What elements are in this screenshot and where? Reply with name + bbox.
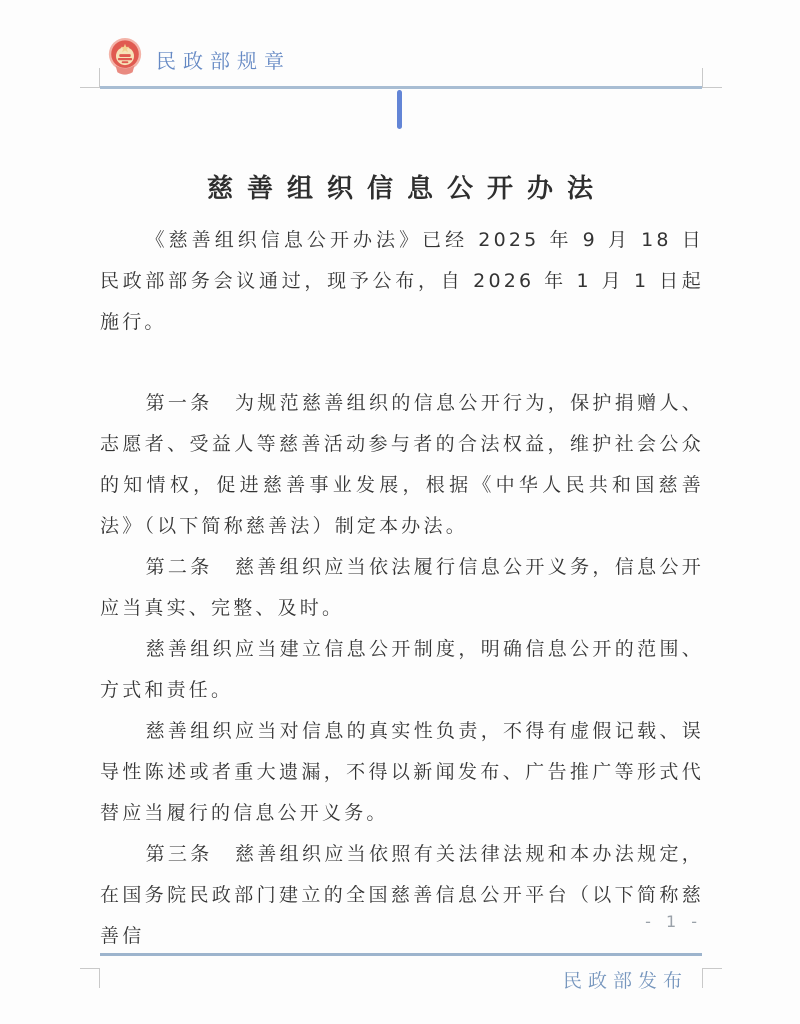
crop-mark-top-left — [80, 68, 100, 88]
document-page: 民政部规章 慈善组织信息公开办法 《慈善组织信息公开办法》已经 2025 年 9… — [0, 0, 800, 1024]
document-title: 慈善组织信息公开办法 — [0, 168, 800, 205]
page-number: - 1 - — [0, 912, 702, 931]
page-header: 民政部规章 — [106, 36, 291, 78]
crop-mark-bottom-right — [702, 968, 722, 988]
document-body: 《慈善组织信息公开办法》已经 2025 年 9 月 18 日民政部部务会议通过，… — [100, 220, 704, 957]
national-emblem-icon — [106, 36, 144, 78]
publisher-label: 民政部发布 — [0, 966, 688, 993]
caret-bar — [397, 90, 402, 129]
footer-rule — [100, 953, 702, 956]
paragraph: 第三条 慈善组织应当依照有关法律法规和本办法规定，在国务院民政部门建立的全国慈善… — [100, 834, 704, 957]
body-paragraphs: 第一条 为规范慈善组织的信息公开行为，保护捐赠人、志愿者、受益人等慈善活动参与者… — [100, 383, 704, 957]
paragraph: 第二条 慈善组织应当依法履行信息公开义务，信息公开应当真实、完整、及时。 — [100, 547, 704, 629]
intro-paragraph: 《慈善组织信息公开办法》已经 2025 年 9 月 18 日民政部部务会议通过，… — [100, 220, 704, 343]
paragraph: 第一条 为规范慈善组织的信息公开行为，保护捐赠人、志愿者、受益人等慈善活动参与者… — [100, 383, 704, 547]
header-rule — [100, 86, 702, 89]
header-label: 民政部规章 — [156, 41, 291, 74]
crop-mark-top-right — [702, 68, 722, 88]
paragraph: 慈善组织应当建立信息公开制度，明确信息公开的范围、方式和责任。 — [100, 629, 704, 711]
paragraph: 慈善组织应当对信息的真实性负责，不得有虚假记载、误导性陈述或者重大遗漏，不得以新… — [100, 711, 704, 834]
